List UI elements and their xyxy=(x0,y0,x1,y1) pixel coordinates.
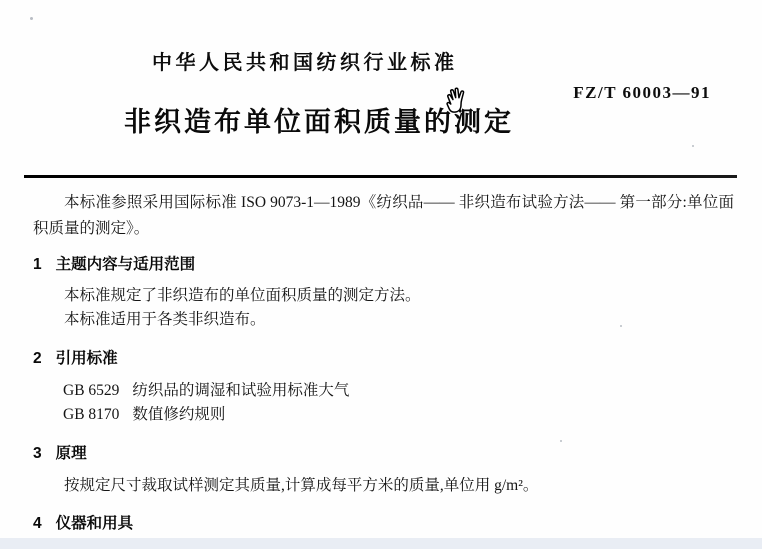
reference-2-name: 数值修约规则 xyxy=(132,406,225,423)
header-divider-rule xyxy=(24,175,737,178)
section-2-heading: 2引用标准 xyxy=(33,351,118,367)
foreword-paragraph: 本标准参照采用国际标准 ISO 9073-1—1989《纺织品—— 非织造布试验… xyxy=(33,190,734,242)
section-3-paragraph-1: 按规定尺寸裁取试样测定其质量,计算成每平方米的质量,单位用 g/m²。 xyxy=(33,473,538,499)
scan-noise xyxy=(560,440,562,442)
section-2-title: 引用标准 xyxy=(56,350,118,367)
document-page: 中华人民共和国纺织行业标准 FZ/T 60003—91 非织造布单位面积质量的测… xyxy=(0,0,762,549)
section-2-number: 2 xyxy=(33,351,42,367)
section-4-heading: 4仪器和用具 xyxy=(33,516,133,532)
scan-noise xyxy=(692,145,694,147)
section-3-heading: 3原理 xyxy=(33,446,87,462)
section-3-title: 原理 xyxy=(56,445,87,462)
reference-1-code: GB 6529 xyxy=(63,382,119,399)
section-1-heading: 1主题内容与适用范围 xyxy=(33,257,195,273)
reference-2-code: GB 8170 xyxy=(63,406,119,423)
bottom-scan-strip xyxy=(0,538,762,549)
section-3-number: 3 xyxy=(33,446,42,462)
section-1-paragraph-1: 本标准规定了非织造布的单位面积质量的测定方法。 xyxy=(33,283,421,309)
section-1-paragraph-2: 本标准适用于各类非织造布。 xyxy=(33,307,266,333)
standard-org-line: 中华人民共和国纺织行业标准 xyxy=(152,46,458,75)
reference-item-2: GB 8170数值修约规则 xyxy=(63,402,225,428)
section-4-number: 4 xyxy=(33,516,42,532)
section-4-title: 仪器和用具 xyxy=(56,515,134,532)
scan-noise xyxy=(620,325,622,327)
reference-1-name: 纺织品的调湿和试验用标准大气 xyxy=(132,382,349,399)
section-1-number: 1 xyxy=(33,257,42,273)
standard-number: FZ/T 60003—91 xyxy=(573,83,711,103)
reference-item-1: GB 6529纺织品的调湿和试验用标准大气 xyxy=(63,378,349,404)
scan-noise xyxy=(30,17,33,20)
grab-hand-cursor-icon xyxy=(441,84,469,114)
section-1-title: 主题内容与适用范围 xyxy=(56,256,196,273)
